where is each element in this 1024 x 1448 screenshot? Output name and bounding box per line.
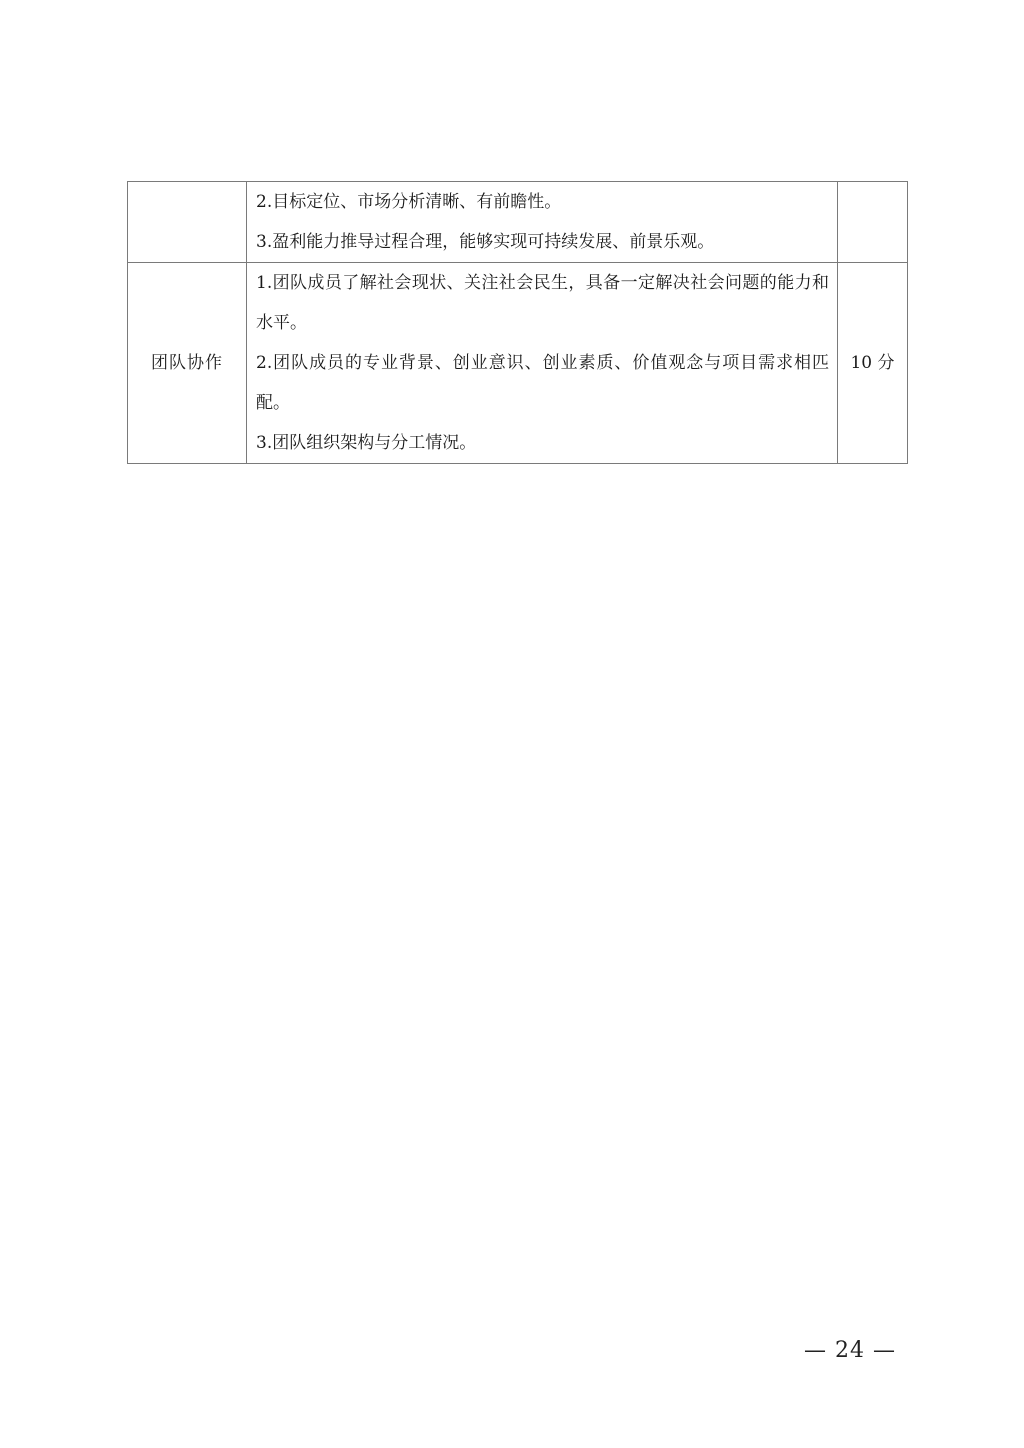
criteria-item: 3.盈利能力推导过程合理，能够实现可持续发展、前景乐观。 (256, 222, 829, 262)
table-row: 2.目标定位、市场分析清晰、有前瞻性。 3.盈利能力推导过程合理，能够实现可持续… (128, 182, 908, 263)
criteria-item: 3.团队组织架构与分工情况。 (256, 423, 829, 463)
page-number: — 24 — (790, 1338, 910, 1363)
criteria-cell: 2.目标定位、市场分析清晰、有前瞻性。 3.盈利能力推导过程合理，能够实现可持续… (247, 182, 838, 263)
score-cell (838, 182, 908, 263)
document-page: 2.目标定位、市场分析清晰、有前瞻性。 3.盈利能力推导过程合理，能够实现可持续… (0, 0, 1024, 1448)
category-cell: 团队协作 (128, 263, 247, 464)
criteria-cell: 1.团队成员了解社会现状、关注社会民生，具备一定解决社会问题的能力和水平。 2.… (247, 263, 838, 464)
criteria-item: 2.目标定位、市场分析清晰、有前瞻性。 (256, 182, 829, 222)
category-cell (128, 182, 247, 263)
evaluation-criteria-table: 2.目标定位、市场分析清晰、有前瞻性。 3.盈利能力推导过程合理，能够实现可持续… (127, 181, 908, 464)
score-cell: 10 分 (838, 263, 908, 464)
criteria-item: 1.团队成员了解社会现状、关注社会民生，具备一定解决社会问题的能力和水平。 (256, 263, 829, 343)
criteria-item: 2.团队成员的专业背景、创业意识、创业素质、价值观念与项目需求相匹配。 (256, 343, 829, 423)
table-row: 团队协作 1.团队成员了解社会现状、关注社会民生，具备一定解决社会问题的能力和水… (128, 263, 908, 464)
